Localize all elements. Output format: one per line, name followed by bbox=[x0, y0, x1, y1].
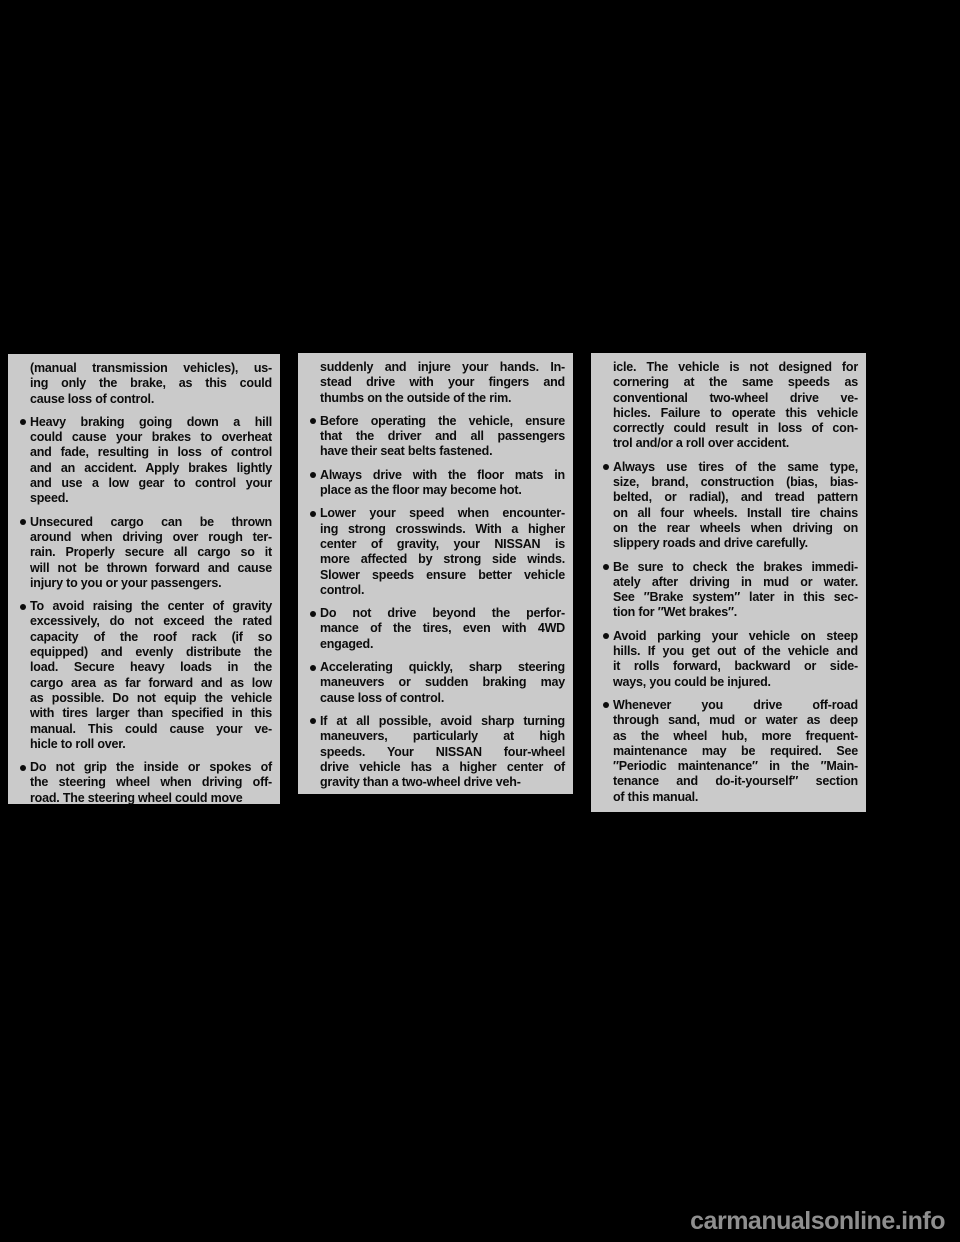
text-line: drive vehicle has a higher center of bbox=[320, 760, 565, 775]
text-line: correctly could result in loss of con- bbox=[613, 421, 858, 436]
text-line: suddenly and injure your hands. In- bbox=[320, 360, 565, 375]
text-line: ately after driving in mud or water. bbox=[613, 575, 858, 590]
bullet-item: Always drive with the floor mats inplace… bbox=[306, 468, 565, 499]
text-line: Accelerating quickly, sharp steering bbox=[320, 660, 565, 675]
text-line: have their seat belts fastened. bbox=[320, 444, 565, 459]
text-line: as possible. Do not equip the vehicle bbox=[30, 691, 272, 706]
text-line: control. bbox=[320, 583, 565, 598]
text-line: Unsecured cargo can be thrown bbox=[30, 515, 272, 530]
text-line: through sand, mud or water as deep bbox=[613, 713, 858, 728]
bullet-icon bbox=[310, 472, 316, 478]
bullet-gutter bbox=[16, 515, 30, 591]
bullet-icon bbox=[310, 718, 316, 724]
bullet-gutter bbox=[306, 714, 320, 790]
bullet-item: Be sure to check the brakes immedi-ately… bbox=[599, 560, 858, 621]
bullet-gutter bbox=[306, 414, 320, 460]
paragraph-lines: To avoid raising the center of gravityex… bbox=[30, 599, 272, 752]
text-line: tenance and do-it-yourself″ section bbox=[613, 774, 858, 789]
text-line: equipped) and evenly distribute the bbox=[30, 645, 272, 660]
text-line: cargo area as far forward and as low bbox=[30, 676, 272, 691]
text-line: and an accident. Apply brakes lightly bbox=[30, 461, 272, 476]
paragraph-lines: Unsecured cargo can be thrownaround when… bbox=[30, 515, 272, 591]
text-line: Be sure to check the brakes immedi- bbox=[613, 560, 858, 575]
bullet-item: To avoid raising the center of gravityex… bbox=[16, 599, 272, 752]
text-line: slippery roads and drive carefully. bbox=[613, 536, 858, 551]
text-line: tion for ″Wet brakes″. bbox=[613, 605, 858, 620]
text-line: as the wheel hub, more frequent- bbox=[613, 729, 858, 744]
text-line: Always drive with the floor mats in bbox=[320, 468, 565, 483]
paragraph-lines: suddenly and injure your hands. In-stead… bbox=[320, 360, 565, 406]
paragraph-lines: icle. The vehicle is not designed forcor… bbox=[613, 360, 858, 452]
bullet-item: Do not grip the inside or spokes ofthe s… bbox=[16, 760, 272, 806]
text-line: maneuvers or sudden braking may bbox=[320, 675, 565, 690]
text-line: the steering wheel when driving off- bbox=[30, 775, 272, 790]
paragraph-lines: Always use tires of the same type,size, … bbox=[613, 460, 858, 552]
text-line: injury to you or your passengers. bbox=[30, 576, 272, 591]
bullet-icon bbox=[20, 419, 26, 425]
manual-text-column-right: icle. The vehicle is not designed forcor… bbox=[591, 353, 866, 812]
bullet-gutter bbox=[599, 698, 613, 805]
bullet-item: If at all possible, avoid sharp turningm… bbox=[306, 714, 565, 790]
text-line: gravity than a two-wheel drive veh- bbox=[320, 775, 565, 790]
bullet-gutter bbox=[599, 460, 613, 552]
text-line: Before operating the vehicle, ensure bbox=[320, 414, 565, 429]
text-line: ways, you could be injured. bbox=[613, 675, 858, 690]
text-line: mance of the tires, even with 4WD bbox=[320, 621, 565, 636]
text-line: that the driver and all passengers bbox=[320, 429, 565, 444]
manual-text-column-middle: suddenly and injure your hands. In-stead… bbox=[298, 353, 573, 794]
text-line: and fade, resulting in loss of control bbox=[30, 445, 272, 460]
text-line: road. The steering wheel could move bbox=[30, 791, 272, 806]
text-line: on the rear wheels when driving on bbox=[613, 521, 858, 536]
text-line: could cause your brakes to overheat bbox=[30, 430, 272, 445]
text-line: conventional two-wheel drive ve- bbox=[613, 391, 858, 406]
text-line: Heavy braking going down a hill bbox=[30, 415, 272, 430]
paragraph-lines: Whenever you drive off-roadthrough sand,… bbox=[613, 698, 858, 805]
paragraph-lines: Accelerating quickly, sharp steeringmane… bbox=[320, 660, 565, 706]
bullet-icon bbox=[603, 633, 609, 639]
bullet-gutter bbox=[306, 506, 320, 598]
text-line: Slower speeds ensure better vehicle bbox=[320, 568, 565, 583]
text-line: and use a low gear to control your bbox=[30, 476, 272, 491]
manual-page: (manual transmission vehicles), us-ing o… bbox=[0, 0, 960, 1242]
text-line: place as the floor may become hot. bbox=[320, 483, 565, 498]
text-line: cause loss of control. bbox=[30, 392, 272, 407]
text-line: thumbs on the outside of the rim. bbox=[320, 391, 565, 406]
bullet-item: Before operating the vehicle, ensurethat… bbox=[306, 414, 565, 460]
paragraph-indent bbox=[599, 360, 613, 452]
manual-text-column-left: (manual transmission vehicles), us-ing o… bbox=[8, 354, 280, 804]
text-line: maneuvers, particularly at high bbox=[320, 729, 565, 744]
bullet-item: Whenever you drive off-roadthrough sand,… bbox=[599, 698, 858, 805]
text-line: it rolls forward, backward or side- bbox=[613, 659, 858, 674]
text-line: on all four wheels. Install tire chains bbox=[613, 506, 858, 521]
bullet-gutter bbox=[16, 599, 30, 752]
text-line: belted, or radial), and tread pattern bbox=[613, 490, 858, 505]
text-line: speed. bbox=[30, 491, 272, 506]
bullet-item: Lower your speed when encounter-ing stro… bbox=[306, 506, 565, 598]
bullet-item: Do not drive beyond the perfor-mance of … bbox=[306, 606, 565, 652]
bullet-item: Avoid parking your vehicle on steephills… bbox=[599, 629, 858, 690]
text-line: To avoid raising the center of gravity bbox=[30, 599, 272, 614]
paragraph-lines: (manual transmission vehicles), us-ing o… bbox=[30, 361, 272, 407]
text-line: See ″Brake system″ later in this sec- bbox=[613, 590, 858, 605]
paragraph-lines: If at all possible, avoid sharp turningm… bbox=[320, 714, 565, 790]
text-line: maintenance may be required. See bbox=[613, 744, 858, 759]
text-line: size, brand, construction (bias, bias- bbox=[613, 475, 858, 490]
bullet-icon bbox=[603, 464, 609, 470]
text-line: If at all possible, avoid sharp turning bbox=[320, 714, 565, 729]
bullet-gutter bbox=[599, 560, 613, 621]
bullet-gutter bbox=[306, 606, 320, 652]
text-line: Lower your speed when encounter- bbox=[320, 506, 565, 521]
text-line: excessively, do not exceed the rated bbox=[30, 614, 272, 629]
text-line: ing only the brake, as this could bbox=[30, 376, 272, 391]
text-line: Always use tires of the same type, bbox=[613, 460, 858, 475]
bullet-icon bbox=[310, 611, 316, 617]
paragraph-indent bbox=[306, 360, 320, 406]
text-line: with tires larger than specified in this bbox=[30, 706, 272, 721]
paragraph-lines: Be sure to check the brakes immedi-ately… bbox=[613, 560, 858, 621]
bullet-gutter bbox=[16, 760, 30, 806]
text-line: hills. If you get out of the vehicle and bbox=[613, 644, 858, 659]
text-line: capacity of the roof rack (if so bbox=[30, 630, 272, 645]
continuation-paragraph: (manual transmission vehicles), us-ing o… bbox=[16, 361, 272, 407]
continuation-paragraph: suddenly and injure your hands. In-stead… bbox=[306, 360, 565, 406]
paragraph-lines: Lower your speed when encounter-ing stro… bbox=[320, 506, 565, 598]
bullet-icon bbox=[20, 765, 26, 771]
bullet-gutter bbox=[599, 629, 613, 690]
text-line: hicles. Failure to operate this vehicle bbox=[613, 406, 858, 421]
text-line: stead drive with your fingers and bbox=[320, 375, 565, 390]
paragraph-lines: Before operating the vehicle, ensurethat… bbox=[320, 414, 565, 460]
text-line: cause loss of control. bbox=[320, 691, 565, 706]
text-line: ″Periodic maintenance″ in the ″Main- bbox=[613, 759, 858, 774]
text-line: Avoid parking your vehicle on steep bbox=[613, 629, 858, 644]
text-line: Whenever you drive off-road bbox=[613, 698, 858, 713]
text-line: (manual transmission vehicles), us- bbox=[30, 361, 272, 376]
bullet-item: Always use tires of the same type,size, … bbox=[599, 460, 858, 552]
paragraph-lines: Do not drive beyond the perfor-mance of … bbox=[320, 606, 565, 652]
text-line: around when driving over rough ter- bbox=[30, 530, 272, 545]
text-line: will not be thrown forward and cause bbox=[30, 561, 272, 576]
text-line: hicle to roll over. bbox=[30, 737, 272, 752]
text-line: engaged. bbox=[320, 637, 565, 652]
bullet-icon bbox=[310, 665, 316, 671]
bullet-gutter bbox=[306, 660, 320, 706]
bullet-icon bbox=[20, 519, 26, 525]
text-line: cornering at the same speeds as bbox=[613, 375, 858, 390]
text-line: icle. The vehicle is not designed for bbox=[613, 360, 858, 375]
bullet-icon bbox=[603, 702, 609, 708]
bullet-icon bbox=[310, 418, 316, 424]
bullet-icon bbox=[603, 564, 609, 570]
bullet-item: Unsecured cargo can be thrownaround when… bbox=[16, 515, 272, 591]
bullet-item: Heavy braking going down a hillcould cau… bbox=[16, 415, 272, 507]
text-line: more affected by strong side winds. bbox=[320, 552, 565, 567]
paragraph-lines: Do not grip the inside or spokes ofthe s… bbox=[30, 760, 272, 806]
paragraph-lines: Avoid parking your vehicle on steephills… bbox=[613, 629, 858, 690]
paragraph-indent bbox=[16, 361, 30, 407]
text-line: trol and/or a roll over accident. bbox=[613, 436, 858, 451]
text-line: load. Secure heavy loads in the bbox=[30, 660, 272, 675]
bullet-gutter bbox=[306, 468, 320, 499]
bullet-icon bbox=[20, 604, 26, 610]
paragraph-lines: Always drive with the floor mats inplace… bbox=[320, 468, 565, 499]
text-line: manual. This could cause your ve- bbox=[30, 722, 272, 737]
paragraph-lines: Heavy braking going down a hillcould cau… bbox=[30, 415, 272, 507]
continuation-paragraph: icle. The vehicle is not designed forcor… bbox=[599, 360, 858, 452]
text-line: Do not drive beyond the perfor- bbox=[320, 606, 565, 621]
text-line: rain. Properly secure all cargo so it bbox=[30, 545, 272, 560]
bullet-gutter bbox=[16, 415, 30, 507]
text-line: speeds. Your NISSAN four-wheel bbox=[320, 745, 565, 760]
watermark-text: carmanualsonline.info bbox=[690, 1207, 945, 1236]
text-line: Do not grip the inside or spokes of bbox=[30, 760, 272, 775]
text-line: of this manual. bbox=[613, 790, 858, 805]
bullet-item: Accelerating quickly, sharp steeringmane… bbox=[306, 660, 565, 706]
text-line: center of gravity, your NISSAN is bbox=[320, 537, 565, 552]
text-line: ing strong crosswinds. With a higher bbox=[320, 522, 565, 537]
bullet-icon bbox=[310, 511, 316, 517]
